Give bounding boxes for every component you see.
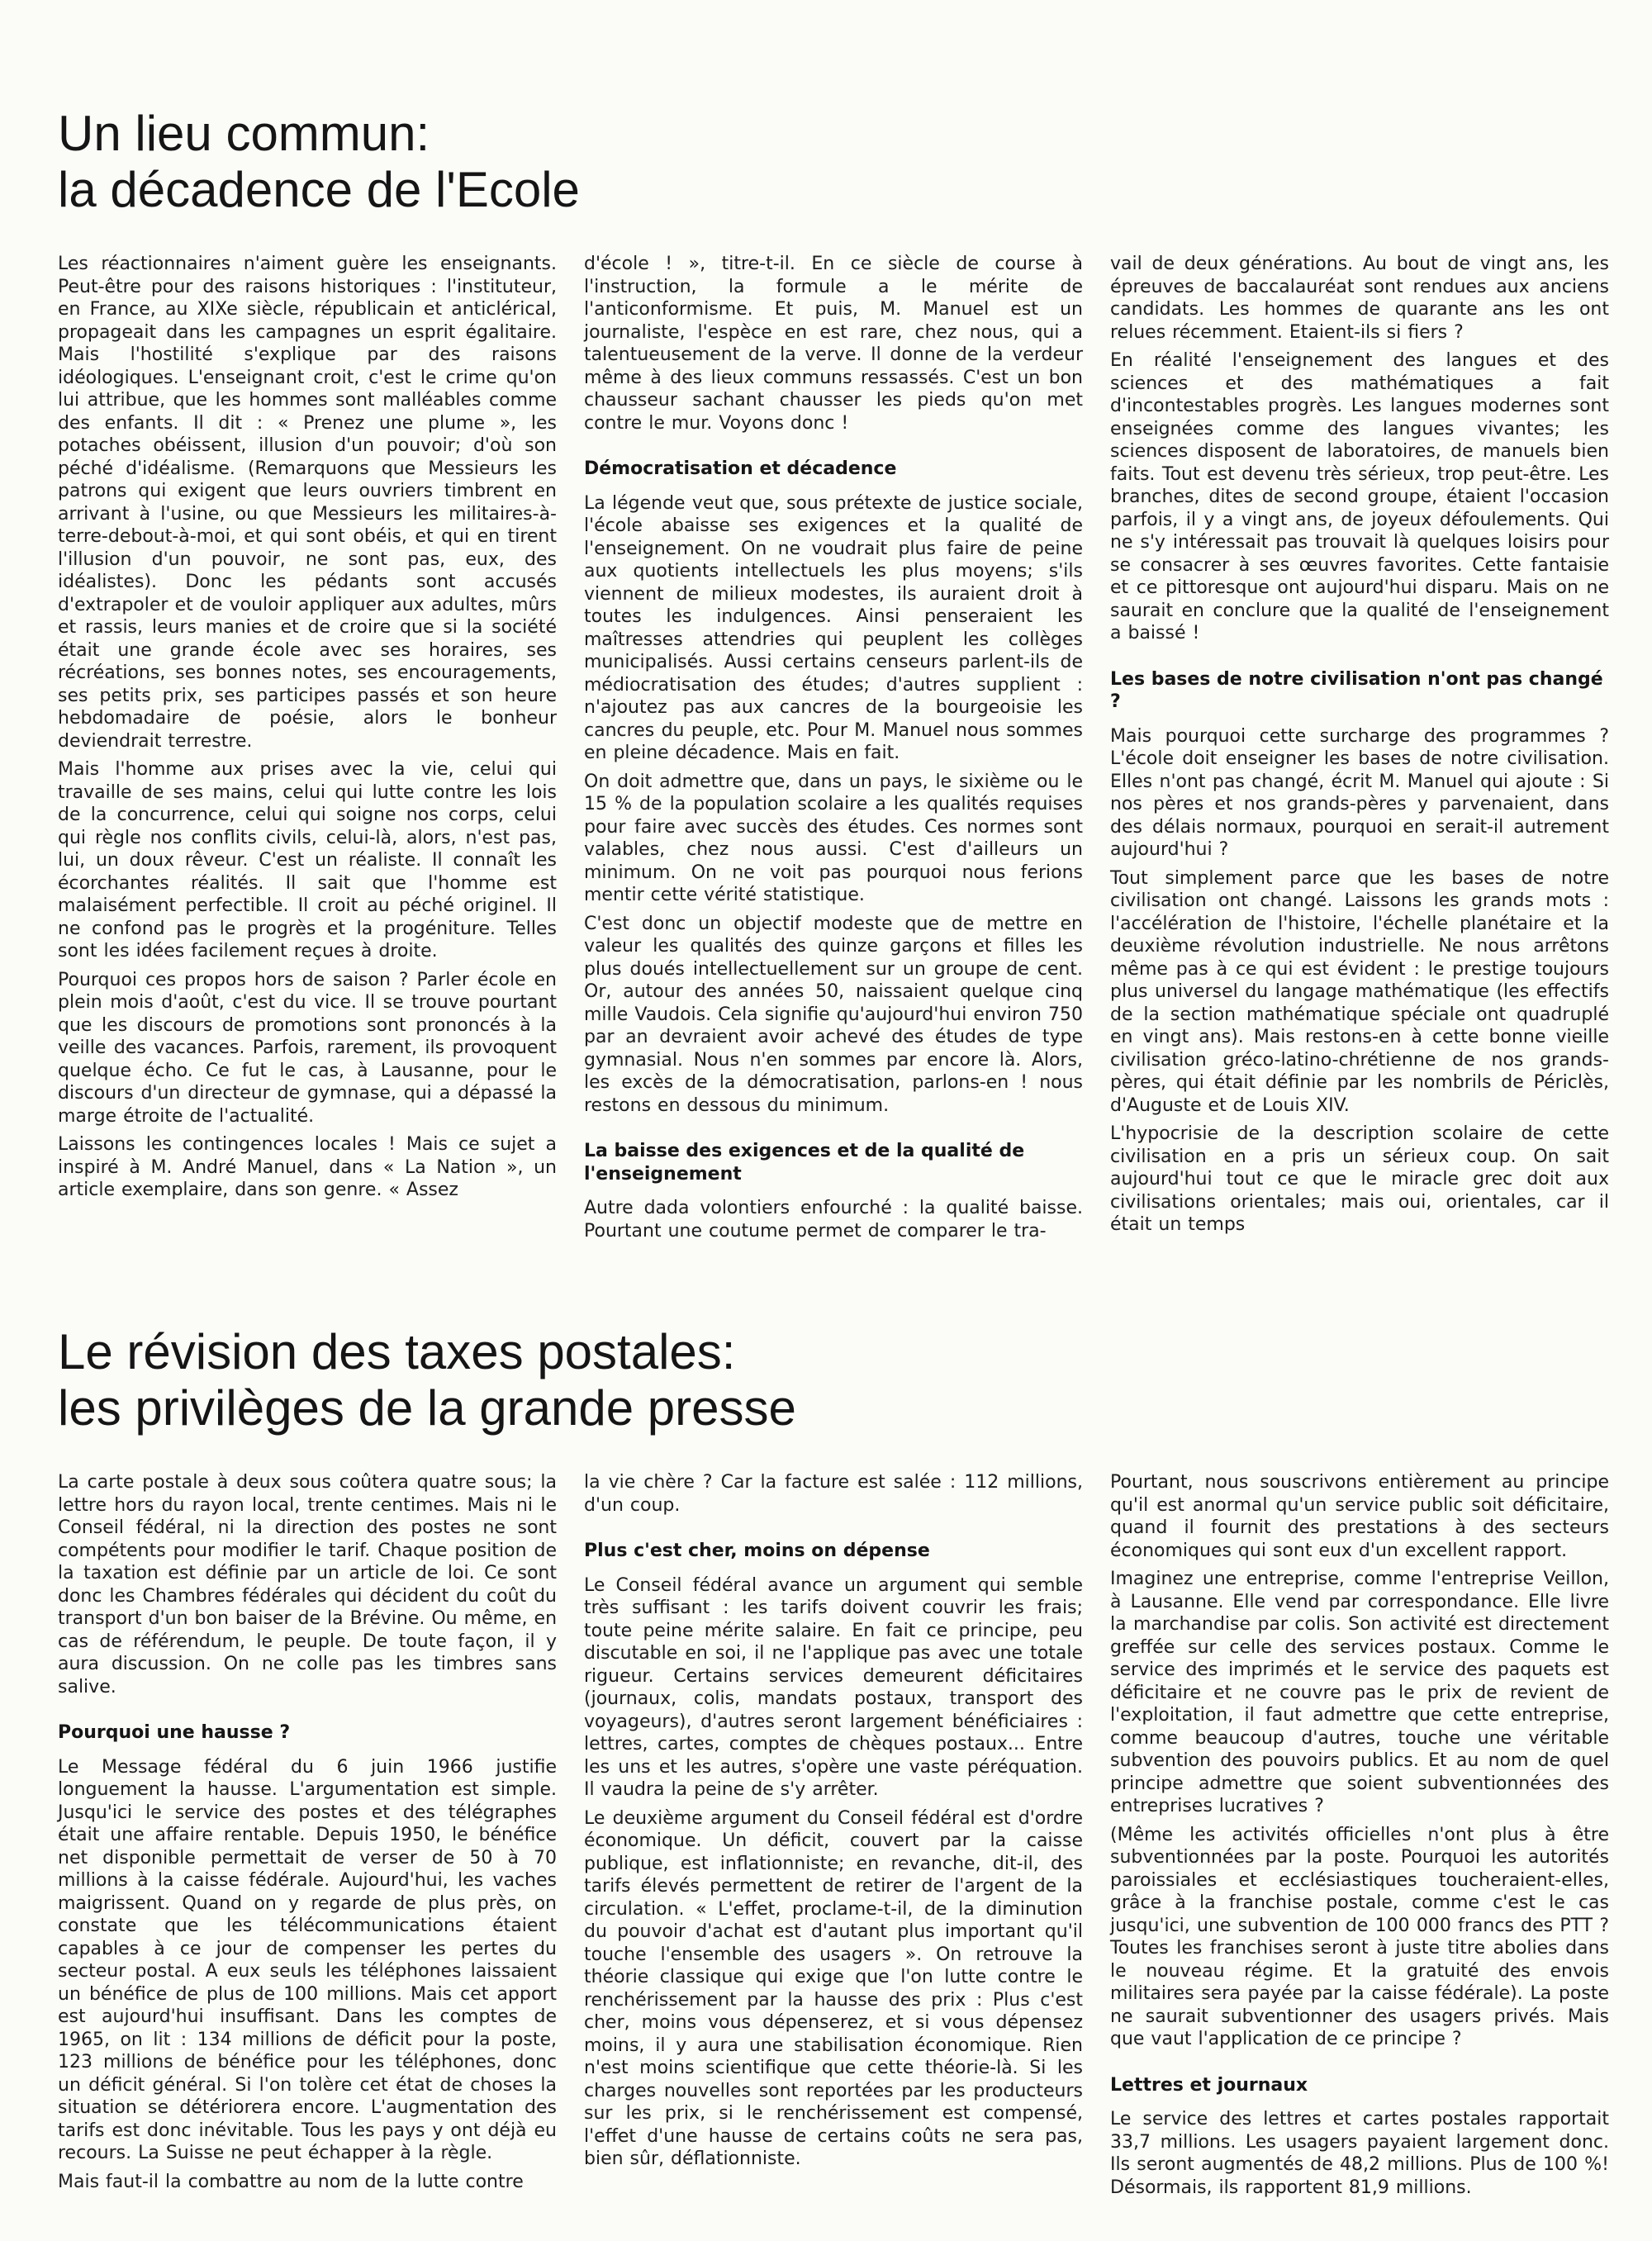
paragraph: Le service des lettres et cartes postale… bbox=[1110, 2108, 1609, 2199]
paragraph: Le deuxième argument du Conseil fédéral … bbox=[584, 1807, 1083, 2171]
article2-headline: Le révision des taxes postales: les priv… bbox=[58, 1324, 1614, 1436]
article1-column-1: Les réactionnaires n'aiment guère les en… bbox=[58, 253, 557, 1248]
article-decadence-ecole: Un lieu commun: la décadence de l'Ecole … bbox=[58, 106, 1614, 1248]
paragraph: L'hypocrisie de la description scolaire … bbox=[1110, 1123, 1609, 1237]
article1-columns: Les réactionnaires n'aiment guère les en… bbox=[58, 253, 1614, 1248]
paragraph: la vie chère ? Car la facture est salée … bbox=[584, 1471, 1083, 1517]
paragraph: vail de deux générations. Au bout de vin… bbox=[1110, 253, 1609, 344]
paragraph: Le Conseil fédéral avance un argument qu… bbox=[584, 1574, 1083, 1802]
paragraph: Pourquoi ces propos hors de saison ? Par… bbox=[58, 969, 557, 1128]
paragraph: En réalité l'enseignement des langues et… bbox=[1110, 349, 1609, 645]
paragraph: Pourtant, nous souscrivons entièrement a… bbox=[1110, 1471, 1609, 1562]
article1-headline: Un lieu commun: la décadence de l'Ecole bbox=[58, 106, 1614, 218]
paragraph: Laissons les contingences locales ! Mais… bbox=[58, 1133, 557, 1202]
paragraph: Mais l'homme aux prises avec la vie, cel… bbox=[58, 758, 557, 963]
paragraph: Les réactionnaires n'aiment guère les en… bbox=[58, 253, 557, 753]
subhead-bases-de-notre-civilisation: Les bases de notre civilisation n'ont pa… bbox=[1110, 668, 1609, 714]
paragraph: Mais pourquoi cette surcharge des progra… bbox=[1110, 725, 1609, 862]
article1-column-3: vail de deux générations. Au bout de vin… bbox=[1110, 253, 1609, 1248]
paragraph: Tout simplement parce que les bases de n… bbox=[1110, 867, 1609, 1118]
article2-column-1: La carte postale à deux sous coûtera qua… bbox=[58, 1471, 557, 2205]
article2-column-2: la vie chère ? Car la facture est salée … bbox=[584, 1471, 1083, 2205]
subhead-lettres-et-journaux: Lettres et journaux bbox=[1110, 2074, 1609, 2097]
paragraph: Le Message fédéral du 6 juin 1966 justif… bbox=[58, 1756, 557, 2165]
article2-headline-line1: Le révision des taxes postales: bbox=[58, 1324, 1614, 1380]
article-taxes-postales: Le révision des taxes postales: les priv… bbox=[58, 1324, 1614, 2205]
paragraph: On doit admettre que, dans un pays, le s… bbox=[584, 771, 1083, 907]
subhead-baisse-des-exigences: La baisse des exigences et de la qualité… bbox=[584, 1140, 1083, 1185]
subhead-pourquoi-une-hausse: Pourquoi une hausse ? bbox=[58, 1721, 557, 1745]
article1-column-2: d'école ! », titre-t-il. En ce siècle de… bbox=[584, 253, 1083, 1248]
article2-column-3: Pourtant, nous souscrivons entièrement a… bbox=[1110, 1471, 1609, 2205]
paragraph: (Même les activités officielles n'ont pl… bbox=[1110, 1824, 1609, 2051]
newspaper-page: Un lieu commun: la décadence de l'Ecole … bbox=[0, 0, 1652, 2241]
article2-columns: La carte postale à deux sous coûtera qua… bbox=[58, 1471, 1614, 2205]
paragraph: d'école ! », titre-t-il. En ce siècle de… bbox=[584, 253, 1083, 434]
paragraph: La carte postale à deux sous coûtera qua… bbox=[58, 1471, 557, 1698]
article1-headline-line2: la décadence de l'Ecole bbox=[58, 162, 1614, 218]
paragraph: Mais faut-il la combattre au nom de la l… bbox=[58, 2171, 557, 2194]
paragraph: C'est donc un objectif modeste que de me… bbox=[584, 913, 1083, 1118]
subhead-democratisation-et-decadence: Démocratisation et décadence bbox=[584, 458, 1083, 481]
paragraph: Autre dada volontiers enfourché : la qua… bbox=[584, 1197, 1083, 1242]
article1-headline-line1: Un lieu commun: bbox=[58, 106, 1614, 162]
subhead-plus-cest-cher: Plus c'est cher, moins on dépense bbox=[584, 1540, 1083, 1563]
article2-headline-line2: les privilèges de la grande presse bbox=[58, 1380, 1614, 1436]
paragraph: Imaginez une entreprise, comme l'entrepr… bbox=[1110, 1568, 1609, 1818]
paragraph: La légende veut que, sous prétexte de ju… bbox=[584, 492, 1083, 765]
